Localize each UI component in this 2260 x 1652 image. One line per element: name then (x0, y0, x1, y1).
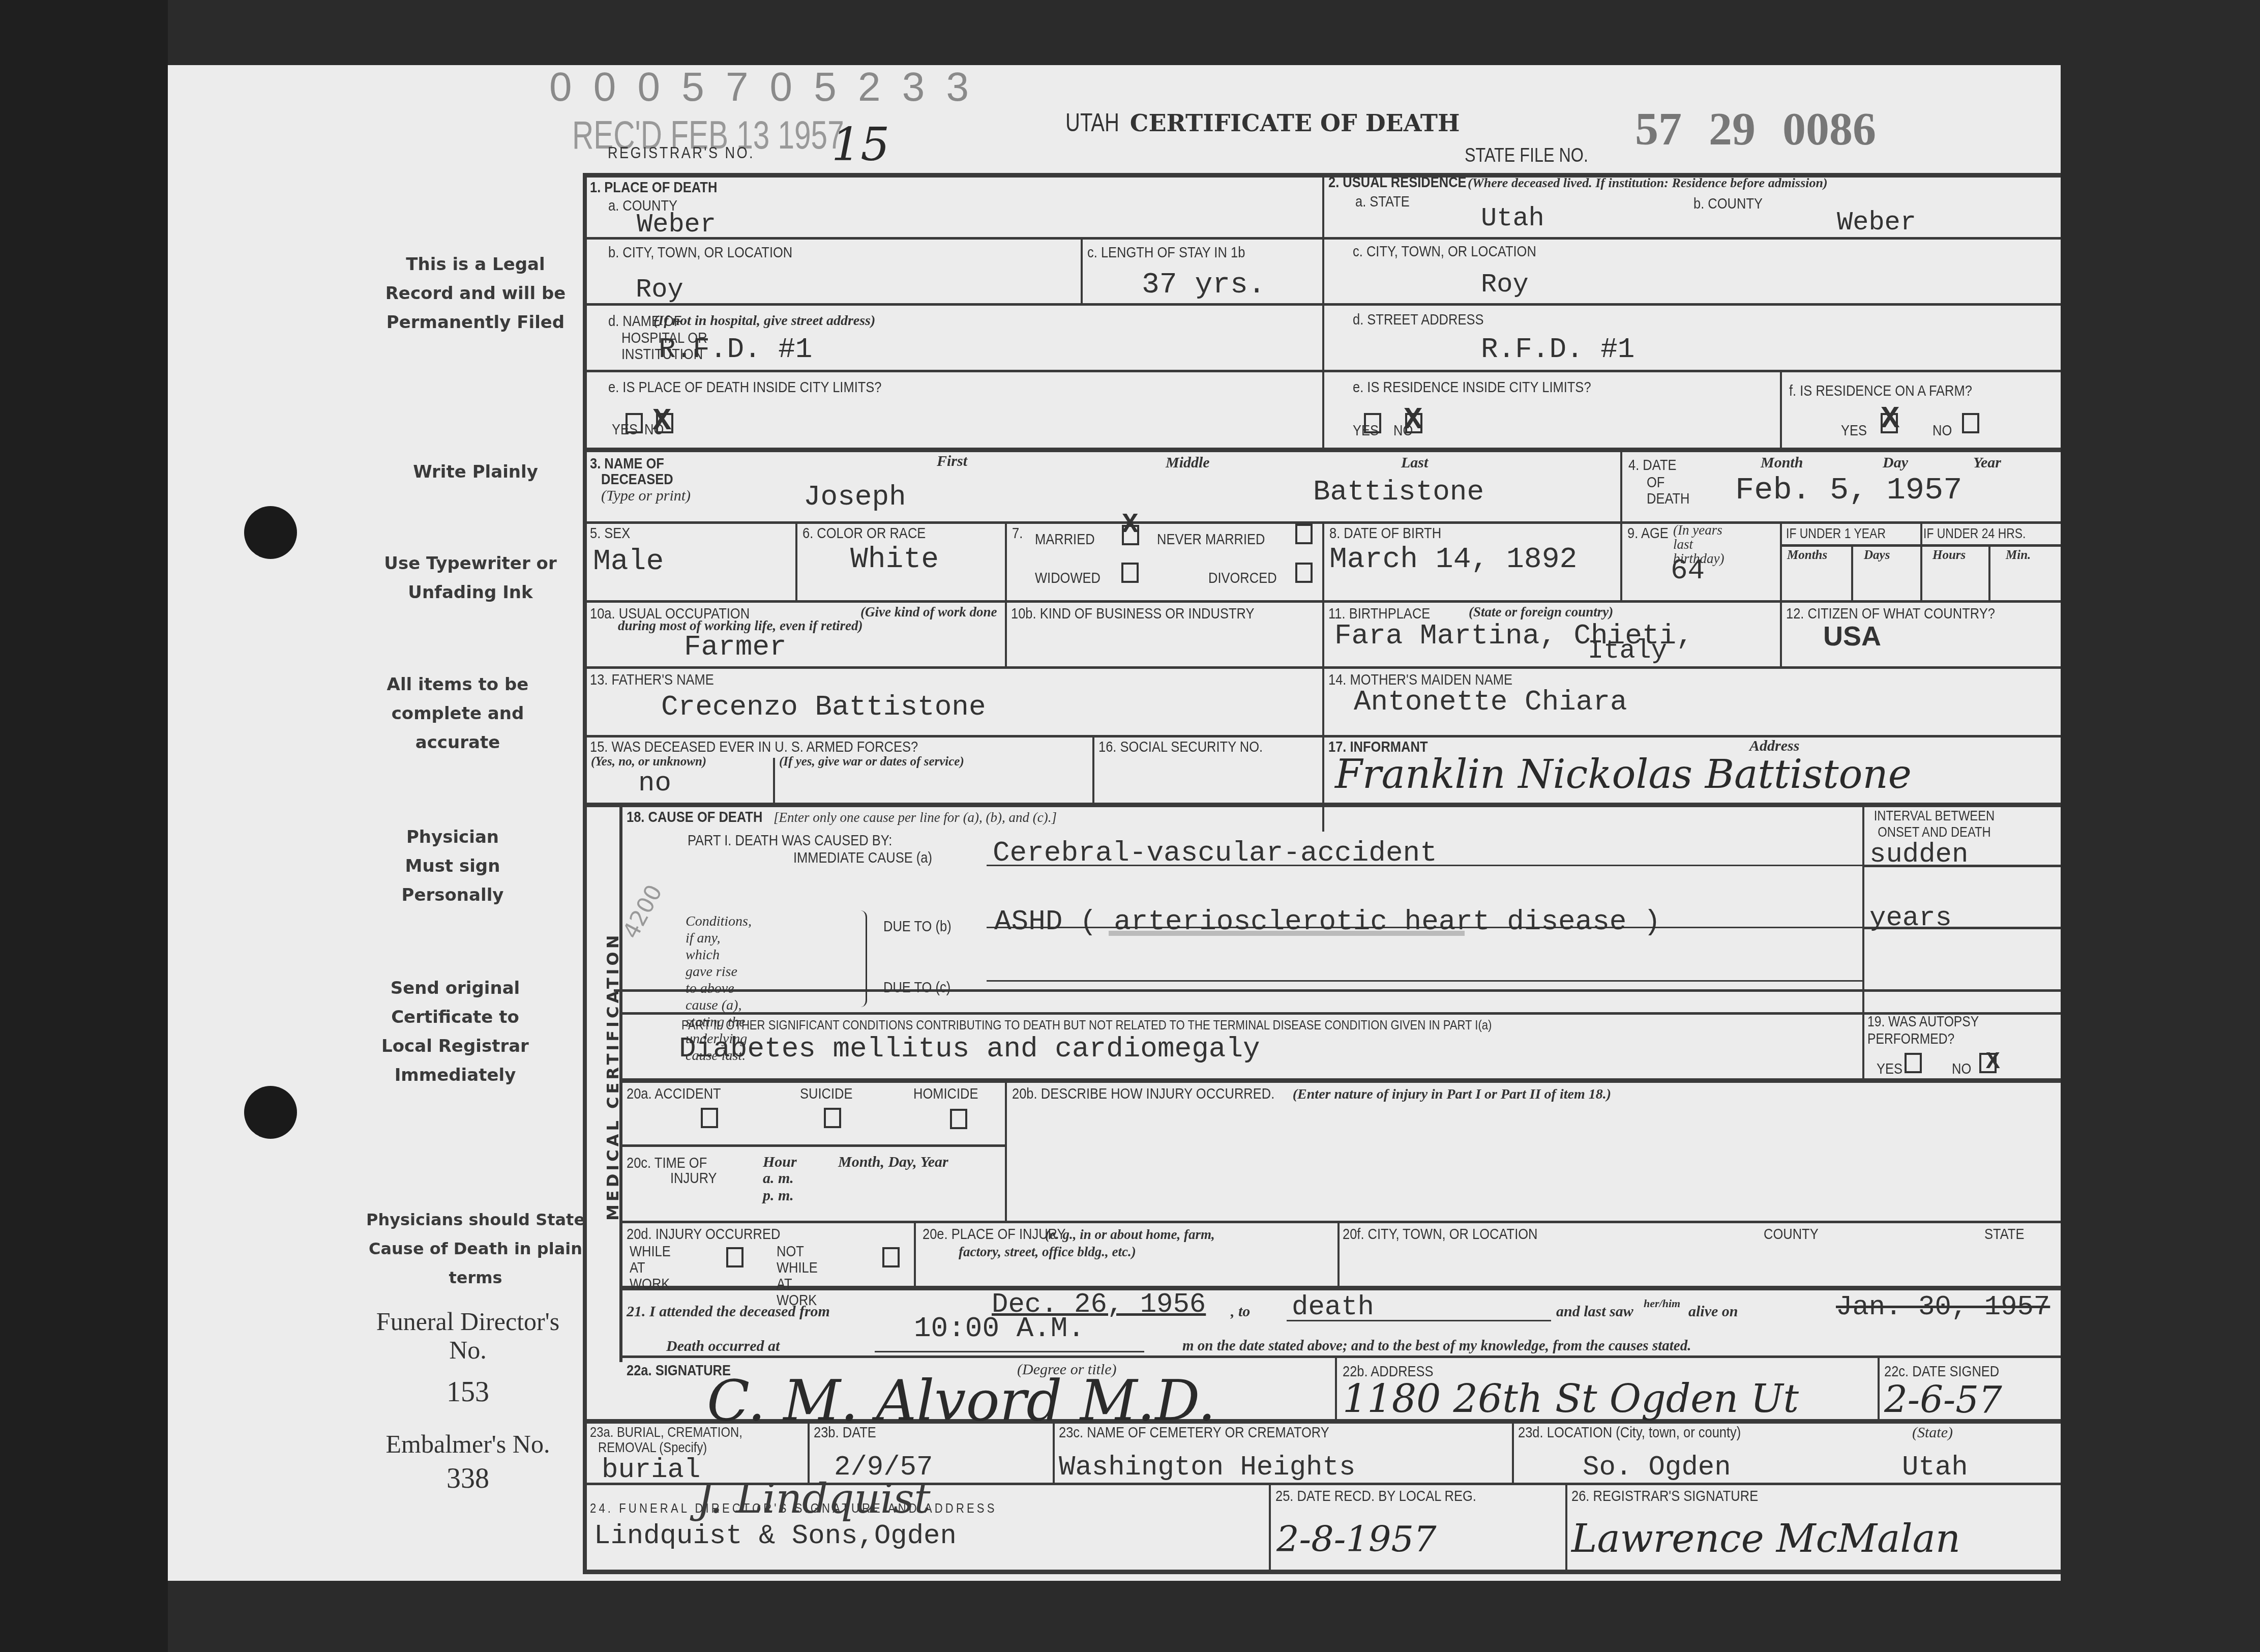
marital-divorced-checkbox[interactable] (1295, 563, 1313, 583)
death-time-suffix: m on the date stated above; and to the b… (1182, 1338, 1691, 1354)
while-at-work-checkbox[interactable] (726, 1247, 744, 1267)
registrars-no-label: REGISTRAR'S NO. (608, 143, 755, 162)
highlight-smudge (1109, 931, 1465, 936)
burial-state-label: (State) (1912, 1424, 1953, 1441)
physician-address-value[interactable]: 1180 26th St Ogden Ut (1343, 1376, 1799, 1421)
embalmer-no-label: Embalmer's No. (356, 1429, 580, 1459)
res-farm-yes-mark: X (1881, 401, 1899, 437)
attended-to-value[interactable]: death (1292, 1292, 1374, 1323)
name-label-1: 3. NAME OF (590, 455, 664, 473)
funeral-director-value[interactable]: Lindquist & Sons,Ogden (594, 1521, 957, 1552)
due-to-b-label: DUE TO (b) (883, 918, 951, 935)
dod-label-3: DEATH (1647, 490, 1690, 508)
marital-widowed-label: WIDOWED (1035, 570, 1101, 587)
embalmer-no: 338 (356, 1462, 580, 1495)
dod-label-2: OF (1647, 474, 1664, 491)
place-of-death-heading: 1. PLACE OF DEATH (590, 179, 717, 196)
dod-month-label: Month (1761, 454, 1803, 471)
dod-year-label: Year (1973, 454, 2001, 471)
pod-stay-label: c. LENGTH OF STAY IN 1b (1087, 244, 1245, 261)
name-label-3: (Type or print) (601, 487, 691, 505)
first-name-label: First (937, 453, 967, 470)
residence-heading: 2. USUAL RESIDENCE (1328, 174, 1467, 191)
funeral-director-no: 153 (356, 1376, 580, 1408)
suicide-checkbox[interactable] (824, 1108, 841, 1128)
pod-hospital-hint: (If not in hospital, give street address… (653, 313, 875, 329)
physician-signature[interactable]: C. M. Alvord M.D. (707, 1368, 1216, 1433)
race-value[interactable]: White (850, 543, 939, 576)
pod-city-limits-label: e. IS PLACE OF DEATH INSIDE CITY LIMITS? (608, 379, 882, 396)
note-legal-record: This is a Legal Record and will be Perma… (374, 250, 577, 337)
immediate-cause-label: IMMEDIATE CAUSE (a) (793, 849, 932, 867)
note-write-plainly: Write Plainly (374, 458, 577, 487)
res-farm-label: f. IS RESIDENCE ON A FARM? (1789, 382, 1972, 400)
punch-hole-icon (244, 1086, 297, 1139)
pod-city-value[interactable]: Roy (636, 275, 683, 305)
mother-value[interactable]: Antonette Chiara (1354, 686, 1627, 718)
registrar-sig-label: 26. REGISTRAR'S SIGNATURE (1571, 1488, 1758, 1505)
note-send-original: Send original Certificate to Local Regis… (379, 974, 531, 1090)
note-state-cause: Physicians should State Cause of Death i… (364, 1205, 587, 1292)
date-recd-label: 25. DATE RECD. BY LOCAL REG. (1275, 1488, 1476, 1505)
pm-label: p. m. (763, 1187, 794, 1204)
middle-name-label: Middle (1166, 454, 1210, 471)
pod-hospital-value[interactable]: R.F.D. #1 (659, 333, 812, 366)
interval-a-value[interactable]: sudden (1869, 839, 1968, 870)
residence-heading-row: 2. USUAL RESIDENCE (Where deceased lived… (1328, 174, 1828, 191)
dod-day-label: Day (1883, 454, 1908, 471)
cause-heading-row: 18. CAUSE OF DEATH [Enter only one cause… (627, 809, 1057, 826)
punch-hole-icon (244, 506, 297, 559)
autopsy-no-mark: X (1986, 1049, 2000, 1075)
dob-label: 8. DATE OF BIRTH (1329, 525, 1441, 542)
age-label: 9. AGE (1627, 525, 1669, 542)
cause-hint: [Enter only one cause per line for (a), … (774, 810, 1057, 825)
conditions-bracket (860, 910, 867, 1007)
occupation-hint-1: (Give kind of work done (860, 604, 997, 620)
scan-background (0, 0, 168, 1652)
interval-label: INTERVAL BETWEEN ONSET AND DEATH (1869, 808, 1999, 840)
immediate-cause-value[interactable]: Cerebral-vascular-accident (993, 837, 1437, 869)
res-street-label: d. STREET ADDRESS (1353, 311, 1483, 329)
interval-b-value[interactable]: years (1869, 903, 1952, 934)
certificate-title: UTAH CERTIFICATE OF DEATH (1065, 108, 1460, 137)
res-city-value[interactable]: Roy (1481, 270, 1529, 300)
alive-on-label: alive on (1688, 1303, 1738, 1320)
not-while-at-work-checkbox[interactable] (882, 1247, 900, 1267)
injury-state-label: STATE (1984, 1226, 2024, 1243)
title-text: CERTIFICATE OF DEATH (1130, 109, 1460, 137)
state-file-no: 57 29 0086 (1635, 102, 1876, 156)
father-label: 13. FATHER'S NAME (590, 671, 714, 689)
injury-county-label: COUNTY (1764, 1226, 1819, 1243)
res-street-value[interactable]: R.F.D. #1 (1481, 333, 1634, 366)
last-saw-pronoun: her/him (1644, 1297, 1680, 1310)
marital-never-married-checkbox[interactable] (1295, 524, 1313, 544)
not-while-at-work-label: NOT WHILE AT WORK (777, 1244, 828, 1309)
months-label: Months (1787, 548, 1827, 563)
under-24-hrs-label: IF UNDER 24 HRS. (1923, 526, 2026, 542)
race-label: 6. COLOR OR RACE (802, 525, 926, 542)
last-name-value[interactable]: Battistone (1313, 476, 1484, 508)
pod-stay-value[interactable]: 37 yrs. (1142, 269, 1266, 302)
registrars-no: 15 (831, 118, 890, 171)
birthplace-value-line2[interactable]: Italy (1588, 636, 1667, 666)
marital-never-married-label: NEVER MARRIED (1157, 531, 1265, 548)
birthplace-hint: (State or foreign country) (1469, 604, 1613, 620)
pod-city-limits-no-mark: X (652, 403, 671, 439)
last-saw-label: and last saw (1556, 1303, 1633, 1320)
accident-label: 20a. ACCIDENT (627, 1085, 721, 1103)
autopsy-label: 19. WAS AUTOPSY PERFORMED? (1867, 1013, 1997, 1048)
autopsy-no-label: NO (1952, 1060, 1971, 1078)
pod-city-label: b. CITY, TOWN, OR LOCATION (608, 244, 792, 261)
autopsy-yes-checkbox[interactable] (1905, 1053, 1922, 1073)
note-all-items: All items to be complete and accurate (376, 670, 539, 757)
marital-label: 7. (1012, 525, 1023, 542)
citizen-value[interactable]: USA (1823, 621, 1881, 652)
attended-prefix: 21. I attended the deceased from (627, 1303, 830, 1320)
serial-stamp: 0 0 0 5 7 0 5 2 3 3 (549, 64, 974, 110)
armed-forces-value[interactable]: no (638, 768, 671, 799)
injury-how-hint: (Enter nature of injury in Part I or Par… (1293, 1086, 1611, 1102)
armed-forces-label: 15. WAS DECEASED EVER IN U. S. ARMED FOR… (590, 739, 918, 756)
part2-value[interactable]: Diabetes mellitus and cardiomegaly (679, 1032, 1260, 1065)
date-recd-value[interactable]: 2-8-1957 (1276, 1518, 1437, 1560)
injury-city-label: 20f. CITY, TOWN, OR LOCATION (1343, 1226, 1538, 1243)
sex-value[interactable]: Male (593, 545, 664, 578)
part2-label: PART II. OTHER SIGNIFICANT CONDITIONS CO… (681, 1017, 1492, 1033)
res-city-limits-no-mark: X (1404, 402, 1422, 438)
injury-occurred-label: 20d. INJURY OCCURRED (627, 1226, 780, 1243)
ssn-label: 16. SOCIAL SECURITY NO. (1098, 739, 1263, 756)
days-label: Days (1864, 548, 1890, 563)
res-farm-no-checkbox[interactable] (1962, 413, 1979, 433)
res-state-label: a. STATE (1355, 193, 1410, 211)
part1-label: PART I. DEATH WAS CAUSED BY: (688, 832, 892, 849)
death-time-value[interactable]: 10:00 A.M. (914, 1312, 1085, 1345)
res-city-label: c. CITY, TOWN, OR LOCATION (1353, 243, 1536, 260)
time-injury-label-1: 20c. TIME OF (627, 1155, 707, 1172)
disposition-label-1: 23a. BURIAL, CREMATION, (590, 1424, 742, 1440)
res-city-limits-label: e. IS RESIDENCE INSIDE CITY LIMITS? (1353, 379, 1591, 396)
disposition-label-2: REMOVAL (Specify) (598, 1439, 707, 1456)
marital-married-label: MARRIED (1035, 531, 1095, 548)
res-county-value[interactable]: Weber (1837, 208, 1916, 238)
medical-certification-side-label: MEDICAL CERTIFICATION (603, 932, 622, 1221)
autopsy-yes-label: YES (1877, 1060, 1902, 1078)
res-farm-no-label: NO (1932, 422, 1952, 439)
date-signed-label: 22c. DATE SIGNED (1884, 1363, 1999, 1380)
cemetery-label: 23c. NAME OF CEMETERY OR CREMATORY (1059, 1424, 1329, 1441)
min-label: Min. (2006, 548, 2031, 563)
attended-to-word: , to (1231, 1303, 1250, 1320)
state-file-no-label: STATE FILE NO. (1465, 145, 1588, 167)
burial-location-label: 23d. LOCATION (City, town, or county) (1518, 1424, 1741, 1441)
homicide-label: HOMICIDE (913, 1085, 978, 1103)
funeral-director-no-label: Funeral Director's No. (356, 1307, 580, 1364)
res-city-limits-yes-checkbox[interactable] (1364, 413, 1381, 433)
citizen-label: 12. CITIZEN OF WHAT COUNTRY? (1786, 605, 1995, 623)
marital-divorced-label: DIVORCED (1208, 570, 1277, 587)
res-farm-yes-label: YES (1841, 422, 1867, 439)
hour-label: Hour (763, 1154, 797, 1171)
death-occurred-label: Death occurred at (666, 1338, 780, 1355)
disposition-value[interactable]: burial (602, 1455, 700, 1486)
time-injury-label-2: INJURY (670, 1170, 717, 1187)
hours-label: Hours (1932, 548, 1966, 563)
occupation-value[interactable]: Farmer (684, 631, 787, 663)
note-physician-sign: Physician Must sign Personally (386, 823, 519, 910)
while-at-work-label: WHILE AT WORK (630, 1244, 677, 1292)
last-saw-date-value[interactable]: Jan. 30, 1957 (1836, 1292, 2050, 1323)
cause-heading: 18. CAUSE OF DEATH (627, 809, 762, 826)
last-name-label: Last (1401, 454, 1428, 471)
burial-location-value[interactable]: So. Ogden (1583, 1452, 1731, 1483)
res-state-value[interactable]: Utah (1481, 203, 1544, 233)
marital-married-mark: X (1122, 510, 1138, 541)
age-value[interactable]: 64 (1671, 554, 1705, 587)
burial-state-value[interactable]: Utah (1902, 1452, 1968, 1483)
res-county-label: b. COUNTY (1693, 195, 1763, 213)
industry-label: 10b. KIND OF BUSINESS OR INDUSTRY (1011, 605, 1254, 623)
suicide-label: SUICIDE (800, 1085, 852, 1103)
registrar-signature[interactable]: Lawrence McMalan (1571, 1516, 1960, 1561)
burial-date-label: 23b. DATE (814, 1424, 876, 1441)
dob-value[interactable]: March 14, 1892 (1329, 543, 1577, 576)
sex-label: 5. SEX (590, 525, 630, 542)
am-label: a. m. (763, 1170, 794, 1187)
place-injury-hint: (e. g., in or about home, farm, factory,… (959, 1226, 1243, 1260)
residence-heading-hint: (Where deceased lived. If institution: R… (1468, 175, 1828, 190)
homicide-checkbox[interactable] (950, 1109, 967, 1129)
pod-county-value[interactable]: Weber (637, 210, 716, 240)
mdy-label: Month, Day, Year (838, 1154, 948, 1171)
title-prefix: UTAH (1065, 108, 1119, 137)
marital-widowed-checkbox[interactable] (1121, 563, 1139, 583)
informant-signature[interactable]: Franklin Nickolas Battistone (1335, 752, 1912, 798)
cemetery-value[interactable]: Washington Heights (1059, 1452, 1355, 1483)
accident-checkbox[interactable] (701, 1108, 718, 1128)
under-1-year-label: IF UNDER 1 YEAR (1786, 526, 1886, 542)
injury-how-label: 20b. DESCRIBE HOW INJURY OCCURRED. (1012, 1085, 1274, 1103)
date-signed-value[interactable]: 2-6-57 (1884, 1378, 2002, 1421)
dod-label-1: 4. DATE (1628, 457, 1676, 474)
first-name-value[interactable]: Joseph (804, 481, 906, 513)
note-use-typewriter: Use Typewriter or Unfading Ink (374, 549, 567, 607)
injury-how-row: 20b. DESCRIBE HOW INJURY OCCURRED. (Ente… (1012, 1085, 1611, 1103)
father-value[interactable]: Crecenzo Battistone (661, 691, 986, 723)
armed-forces-hint-2: (If yes, give war or dates of service) (779, 755, 964, 769)
name-label-2: DECEASED (601, 471, 673, 488)
pod-city-limits-yes-checkbox[interactable] (626, 413, 643, 433)
funeral-director-signature[interactable]: J. Lindquist (697, 1475, 931, 1522)
due-to-c-label: DUE TO (c) (883, 979, 950, 996)
date-of-death-value[interactable]: Feb. 5, 1957 (1735, 472, 1962, 508)
armed-forces-hint-1: (Yes, no, or unknown) (591, 755, 706, 769)
